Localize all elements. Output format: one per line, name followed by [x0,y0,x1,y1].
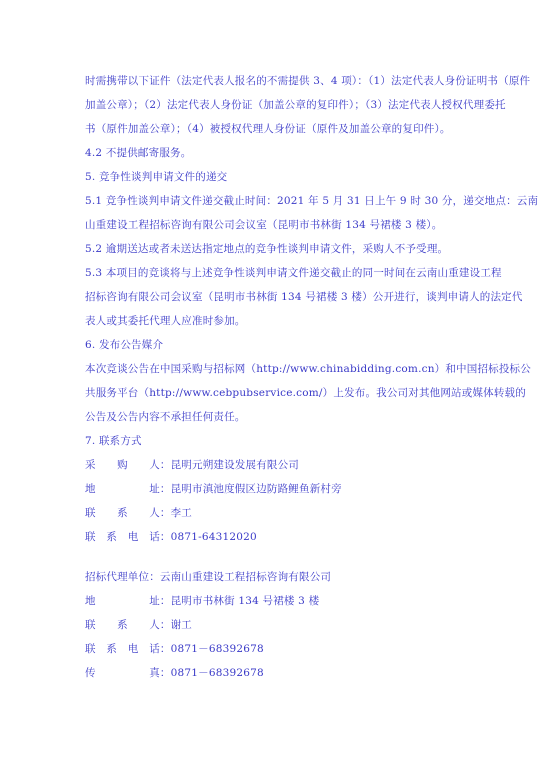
text-line: 招标咨询有限公司会议室（昆明市书林街 134 号裙楼 3 楼）公开进行，谈判申请… [85,290,523,304]
contact-row: 联 系 人：谢工 [85,618,192,632]
contact-row: 采 购 人：昆明元朔建设发展有限公司 [85,458,299,472]
text-line: 公告及公告内容不承担任何责任。 [85,410,246,424]
contact-label: 采 购 人： [85,458,171,472]
contact-value: 昆明元朔建设发展有限公司 [171,459,299,471]
text-line: 4.2 不提供邮寄服务。 [85,146,191,160]
contact-value: 昆明市滇池度假区边防路鲤鱼新村旁 [171,483,342,495]
contact-label: 地 址： [85,482,171,496]
text-line: 5.1 竞争性谈判申请文件递交截止时间：2021 年 5 月 31 日上午 9 … [85,194,538,208]
section-heading: 5. 竞争性谈判申请文件的递交 [85,170,227,184]
section-heading: 7. 联系方式 [85,434,142,448]
text-line: 时需携带以下证件（法定代表人报名的不需提供 3、4 项）：（1）法定代表人身份证… [85,74,530,88]
text-line: 山重建设工程招标咨询有限公司会议室（昆明市书林街 134 号裙楼 3 楼）。 [85,218,442,232]
contact-row: 地 址：昆明市滇池度假区边防路鲤鱼新村旁 [85,482,342,496]
contact-row: 联 系 电 话：0871-64312020 [85,530,257,544]
text-line: 加盖公章）；（2）法定代表人身份证（加盖公章的复印件）；（3）法定代表人授权代理… [85,98,506,112]
text-line: 共服务平台（http://www.cebpubservice.com/）上发布。… [85,386,526,400]
text-line: 5.2 逾期送达或者未送达指定地点的竞争性谈判申请文件，采购人不予受理。 [85,242,448,256]
contact-value: 0871－68392678 [171,667,264,679]
contact-value: 0871-64312020 [171,531,257,543]
contact-value: 昆明市书林街 134 号裙楼 3 楼 [171,595,320,607]
contact-label: 联 系 电 话： [85,530,171,544]
contact-label: 联 系 电 话： [85,642,171,656]
contact-label: 联 系 人： [85,506,171,520]
text-line: 5.3 本项目的竞谈将与上述竞争性谈判申请文件递交截止的同一时间在云南山重建设工… [85,266,502,280]
contact-row: 联 系 人：李工 [85,506,192,520]
text-line: 书（原件加盖公章）；（4）被授权代理人身份证（原件及加盖公章的复印件）。 [85,122,451,136]
contact-row: 招标代理单位：云南山重建设工程招标咨询有限公司 [85,570,331,584]
document-page: 时需携带以下证件（法定代表人报名的不需提供 3、4 项）：（1）法定代表人身份证… [0,0,554,783]
contact-label: 传 真： [85,666,171,680]
contact-value: 谢工 [171,619,192,631]
text-line: 表人或其委托代理人应准时参加。 [85,314,246,328]
text-line: 本次竞谈公告在中国采购与招标网（http://www.chinabidding.… [85,362,531,376]
section-heading: 6. 发布公告媒介 [85,338,163,352]
contact-value: 0871－68392678 [171,643,264,655]
contact-row: 地 址：昆明市书林街 134 号裙楼 3 楼 [85,594,319,608]
contact-value: 云南山重建设工程招标咨询有限公司 [160,571,331,583]
contact-label: 地 址： [85,594,171,608]
contact-label: 招标代理单位： [85,570,160,584]
contact-row: 联 系 电 话：0871－68392678 [85,642,264,656]
contact-row: 传 真：0871－68392678 [85,666,264,680]
contact-label: 联 系 人： [85,618,171,632]
contact-value: 李工 [171,507,192,519]
